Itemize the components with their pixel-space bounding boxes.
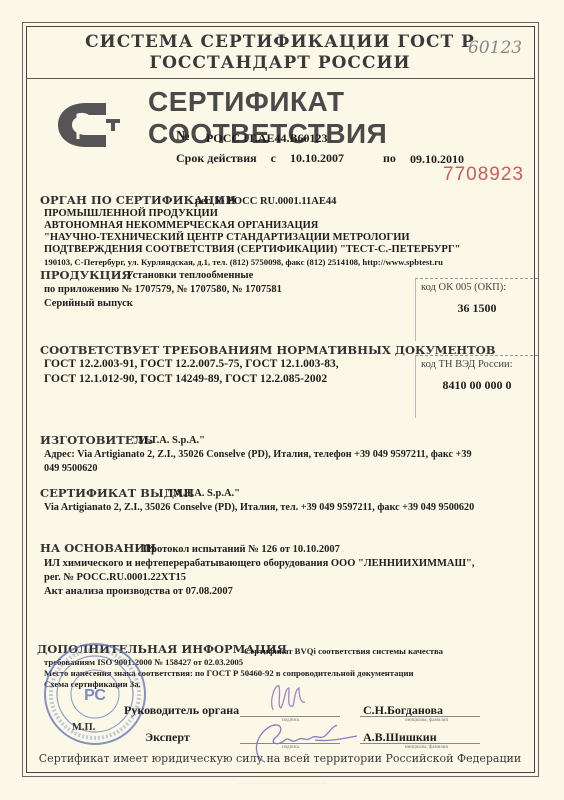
from-date: 10.10.2007 — [290, 151, 344, 165]
compliance-standards-line: ГОСТ 12.1.012-90, ГОСТ 14249-89, ГОСТ 12… — [44, 373, 327, 385]
tnved-code-box: код ТН ВЭД России: 8410 00 000 0 — [415, 355, 538, 418]
registry-number: 7708923 — [443, 164, 524, 186]
basis-line: Акт анализа производства от 07.08.2007 — [44, 586, 233, 597]
validity-period: Срок действия с 10.10.2007 — [176, 151, 344, 166]
manufacturer-name: "M.T.A. S.p.A." — [132, 435, 205, 446]
svg-text:РС: РС — [84, 687, 106, 704]
issued-to-address: Via Artigianato 2, Z.I., 35026 Conselve … — [44, 502, 474, 513]
printer-fine-print: · · · · · · · · · · · · · · · · · · · · … — [0, 782, 564, 786]
expert-name: А.В.Шишкин — [363, 730, 437, 745]
certification-body-line: ПРОМЫШЛЕННОЙ ПРОДУКЦИИ — [44, 208, 218, 219]
additional-info-first: Сертификат BVQi соответствия системы кач… — [244, 646, 443, 656]
certification-body-line: АВТОНОМНАЯ НЕКОММЕРЧЕСКАЯ ОРГАНИЗАЦИЯ — [44, 220, 318, 231]
head-signature-icon — [265, 680, 315, 716]
tnved-code-value: 8410 00 000 0 — [416, 378, 538, 393]
certification-body-reg: рег. № РОСС RU.0001.11AE44 — [195, 196, 336, 207]
certification-body-address: 190103, С-Петербург, ул. Курляндская, д.… — [44, 257, 443, 267]
certification-body-line: "НАУЧНО-ТЕХНИЧЕСКИЙ ЦЕНТР СТАНДАРТИЗАЦИИ… — [44, 232, 410, 243]
manufacturer-address: Адрес: Via Artigianato 2, Z.I., 35026 Co… — [44, 449, 472, 460]
rst-mark-icon — [56, 101, 122, 149]
head-signatory-name: С.Н.Богданова — [363, 703, 443, 718]
from-label: с — [271, 151, 276, 165]
compliance-standards-line: ГОСТ 12.2.003-91, ГОСТ 12.2.007.5-75, ГО… — [44, 358, 339, 370]
expert-name-caption: инициалы, фамилия — [405, 745, 448, 750]
head-signatory-label: Руководитель органа — [124, 703, 239, 718]
basis-label: НА ОСНОВАНИИ — [40, 541, 156, 555]
number-sign: № — [176, 129, 190, 145]
header-divider — [26, 78, 534, 79]
product-name: Установки теплообменные — [126, 270, 253, 281]
basis-line: рег. № РОСС.RU.0001.22XT15 — [44, 572, 186, 583]
product-label: ПРОДУКЦИЯ — [40, 268, 132, 282]
system-heading: СИСТЕМА СЕРТИФИКАЦИИ ГОСТ Р — [26, 32, 534, 52]
okp-code-value: 36 1500 — [416, 301, 538, 316]
okp-code-box: код ОК 005 (ОКП): 36 1500 — [415, 278, 538, 341]
expert-label: Эксперт — [145, 730, 190, 745]
issued-to-name: "M.T.A. S.p.A." — [167, 488, 240, 499]
certification-body-line: ПОДТВЕРЖДЕНИЯ СООТВЕТСТВИЯ (СЕРТИФИКАЦИИ… — [44, 244, 460, 255]
tnved-code-label: код ТН ВЭД России: — [421, 359, 513, 370]
agency-heading: ГОССТАНДАРТ РОССИИ — [26, 53, 534, 73]
validity-note: Сертификат имеет юридическую силу на все… — [26, 752, 534, 765]
certificate-number: РОСС IT.AE44.B60123 — [206, 131, 328, 146]
handwritten-number: 60123 — [468, 38, 522, 58]
stamp-place-label: М.П. — [72, 722, 95, 733]
head-name-caption: инициалы, фамилия — [405, 718, 448, 723]
product-line: Серийный выпуск — [44, 298, 133, 309]
to-label: по — [383, 151, 396, 166]
basis-line: ИЛ химического и нефтеперерабатывающего … — [44, 558, 474, 569]
validity-label: Срок действия — [176, 151, 257, 165]
basis-protocol: Протокол испытаний № 126 от 10.10.2007 — [143, 544, 340, 555]
okp-code-label: код ОК 005 (ОКП): — [421, 282, 506, 293]
product-line: по приложению № 1707579, № 1707580, № 17… — [44, 284, 282, 295]
manufacturer-address: 049 9500620 — [44, 463, 97, 474]
